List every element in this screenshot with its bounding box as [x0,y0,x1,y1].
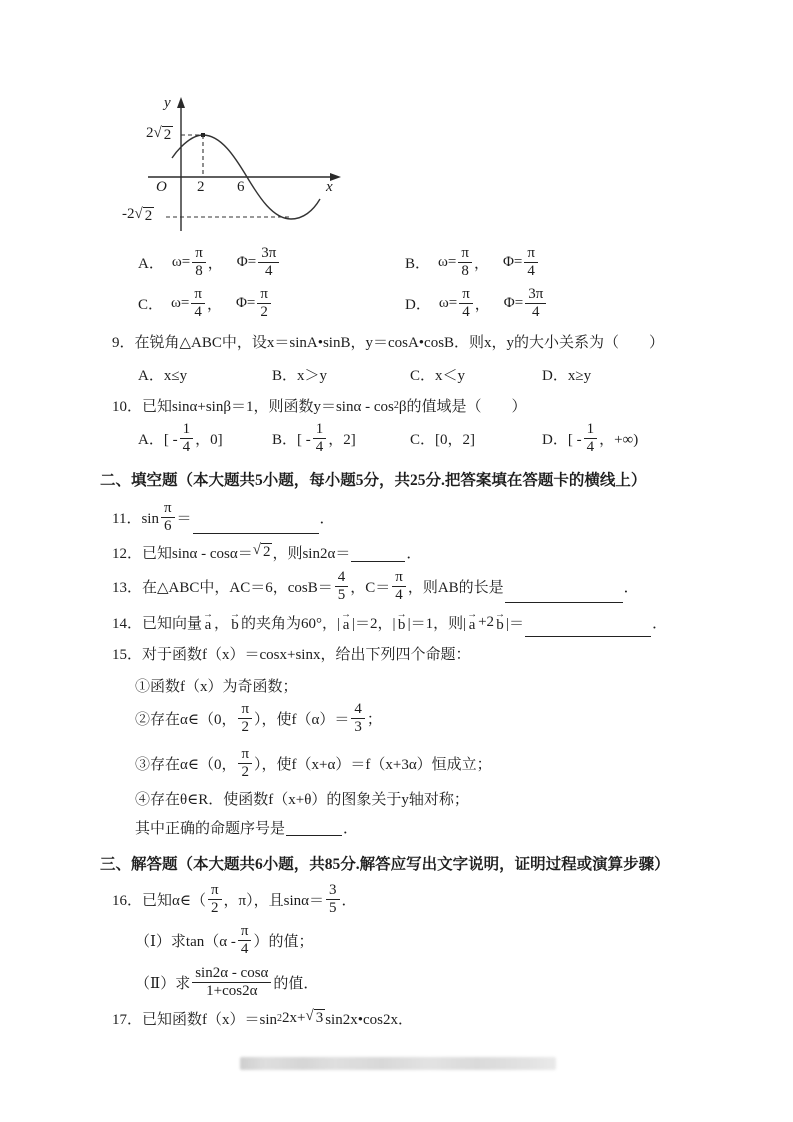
q10-option-a: A．[ - 14，0] [138,418,223,458]
question-text: 9．在锐角△ABC中，设x＝sinA•sinB，y＝cosA•cosB．则x，y… [112,331,664,352]
fraction-numerator: π [524,245,538,262]
comma: ， [208,252,223,273]
q10-option-c: C．[0，2] [410,418,475,458]
q16-part-1: （Ⅰ）求tan（α - π4 ）的值； [135,921,313,959]
x-tick-2: 2 [197,179,205,196]
q8-option-d: D． ω= π4 ， Φ= 3π4 [405,283,548,323]
peak-value-label: 2√2 [146,125,173,144]
question-15-intro: 15．对于函数f（x）＝cosx+sinx，给出下列四个命题： [112,643,470,664]
question-text: 10．已知sinα+sinβ＝1，则函数y＝sinα - cos [112,395,394,416]
radical-sign: √ [135,207,143,223]
q10-option-b: B．[ - 14，2] [272,418,356,458]
q8-option-c: C． ω= π4 ， Φ= π2 [138,283,273,323]
x-tick-6: 6 [237,179,245,196]
fraction-numerator: π [191,286,205,303]
fraction-numerator: 3π [525,286,546,303]
vector-a: →a [467,611,477,634]
section3-header: 三、解答题（本大题共6小题，共85分.解答应写出文字说明，证明过程或演算步骤） [100,852,670,874]
phi-equals: Φ= [237,254,256,271]
comma: ， [475,293,490,314]
option-letter: B． [405,252,430,273]
q16-part-2: （Ⅱ）求 sin2α - cosα1+cos2α 的值． [135,960,318,1004]
question8-sine-graph: y x O 2 6 2√2 -2√2 [118,95,358,235]
q10-options-row: A．[ - 14，0] B．[ - 14，2] C．[0，2] D．[ - 14… [0,418,793,458]
radical-sign: √ [154,126,162,142]
question-11: 11．sin π6 ＝ ． [112,498,335,536]
option-letter: D． [405,293,431,314]
vector-b: →b [495,611,505,634]
radical-sign: √ [305,1009,313,1025]
vector-a: →a [341,611,351,634]
fraction-numerator: 3π [258,245,279,262]
vector-b: →b [397,611,407,634]
q15-item-3: ③存在α∈（0， π2 ），使f（x+α）＝f（x+3α）恒成立； [135,744,492,782]
q8-options-row-2: C． ω= π4 ， Φ= π2 D． ω= π4 ， Φ= 3π4 [0,283,793,323]
q15-item-2: ②存在α∈（0， π2 ），使f（α）＝ 43 ； [135,699,382,737]
answer-blank [505,587,623,603]
answer-blank [525,621,651,637]
q15-item-1: ①函数f（x）为奇函数； [135,675,298,696]
fraction-denominator: 4 [191,304,205,320]
comma: ， [207,293,222,314]
question-9-text: 9．在锐角△ABC中，设x＝sinA•sinB，y＝cosA•cosB．则x，y… [112,331,664,352]
phi-equals: Φ= [236,295,255,312]
answer-blank [351,546,405,562]
q15-conclusion: 其中正确的命题序号是 ． [135,817,358,838]
q10-option-d: D．[ - 14，+∞) [542,418,638,458]
fraction-denominator: 4 [529,304,543,320]
omega-equals: ω= [439,295,457,312]
omega-equals: ω= [172,254,190,271]
answer-blank [193,518,319,534]
comma: ， [474,252,489,273]
fraction-numerator: π [192,245,206,262]
q15-item-4: ④存在θ∈R．使函数f（x+θ）的图象关于y轴对称； [135,788,469,809]
fraction-denominator: 4 [459,304,473,320]
fraction-denominator: 8 [192,263,206,279]
watermark-bar [240,1057,556,1070]
radical-sign: √ [253,543,261,559]
q9-option-b: B．x＞y [272,364,327,385]
vector-a: →a [203,611,213,634]
vector-b: →b [230,611,240,634]
question-17: 17．已知函数f（x）＝sin22x+ √3 sin2x•cos2x． [112,1008,413,1029]
min-value-label: -2√2 [122,206,154,225]
fraction-numerator: π [459,286,473,303]
question-10-text: 10．已知sinα+sinβ＝1，则函数y＝sinα - cos2β的值域是（ … [112,395,526,416]
q9-option-d: D．x≥y [542,364,591,385]
answer-blank [286,820,342,836]
q8-options-row-1: A． ω= π8 ， Φ= 3π4 B． ω= π8 ， Φ= π4 [0,242,793,282]
origin-label: O [156,179,167,196]
fraction-numerator: π [458,245,472,262]
section2-header: 二、填空题（本大题共5小题，每小题5分，共25分.把答案填在答题卡的横线上） [100,468,646,490]
option-letter: A． [138,252,164,273]
question-16: 16．已知α∈（ π2 ，π），且sinα＝ 35 ． [112,880,357,918]
y-axis-label: y [164,95,171,112]
min-coefficient: -2 [122,206,135,222]
fraction-denominator: 4 [524,263,538,279]
fraction-numerator: π [257,286,271,303]
question-13: 13．在△ABC中，AC＝6，cosB＝ 45 ，C＝ π4 ，则AB的长是 ． [112,567,639,605]
question-text: β的值域是（ ） [399,395,527,416]
q8-option-a: A． ω= π8 ， Φ= 3π4 [138,242,281,282]
option-letter: C． [138,293,163,314]
peak-coefficient: 2 [146,125,154,141]
fraction-denominator: 2 [257,304,271,320]
phi-equals: Φ= [503,254,522,271]
question-12: 12．已知sinα - cosα＝ √2 ，则sin2α＝ ． [112,540,421,564]
q9-option-a: A．x≤y [138,364,187,385]
question-14: 14．已知向量 →a ， →b 的夹角为60°，| →a |＝2，| →b |＝… [112,605,667,639]
x-axis-label: x [326,179,333,196]
min-radicand: 2 [143,207,155,225]
phi-equals: Φ= [504,295,523,312]
y-axis-arrow [177,97,185,108]
omega-equals: ω= [438,254,456,271]
fraction-denominator: 4 [262,263,276,279]
q9-options-row: A．x≤y B．x＞y C．x＜y D．x≥y [0,364,793,386]
omega-equals: ω= [171,295,189,312]
peak-radicand: 2 [162,126,174,144]
exam-page: y x O 2 6 2√2 -2√2 A． ω= π8 ， Φ= 3π4 B． … [0,0,793,1122]
q8-option-b: B． ω= π8 ， Φ= π4 [405,242,540,282]
q9-option-c: C．x＜y [410,364,465,385]
fraction-denominator: 8 [458,263,472,279]
